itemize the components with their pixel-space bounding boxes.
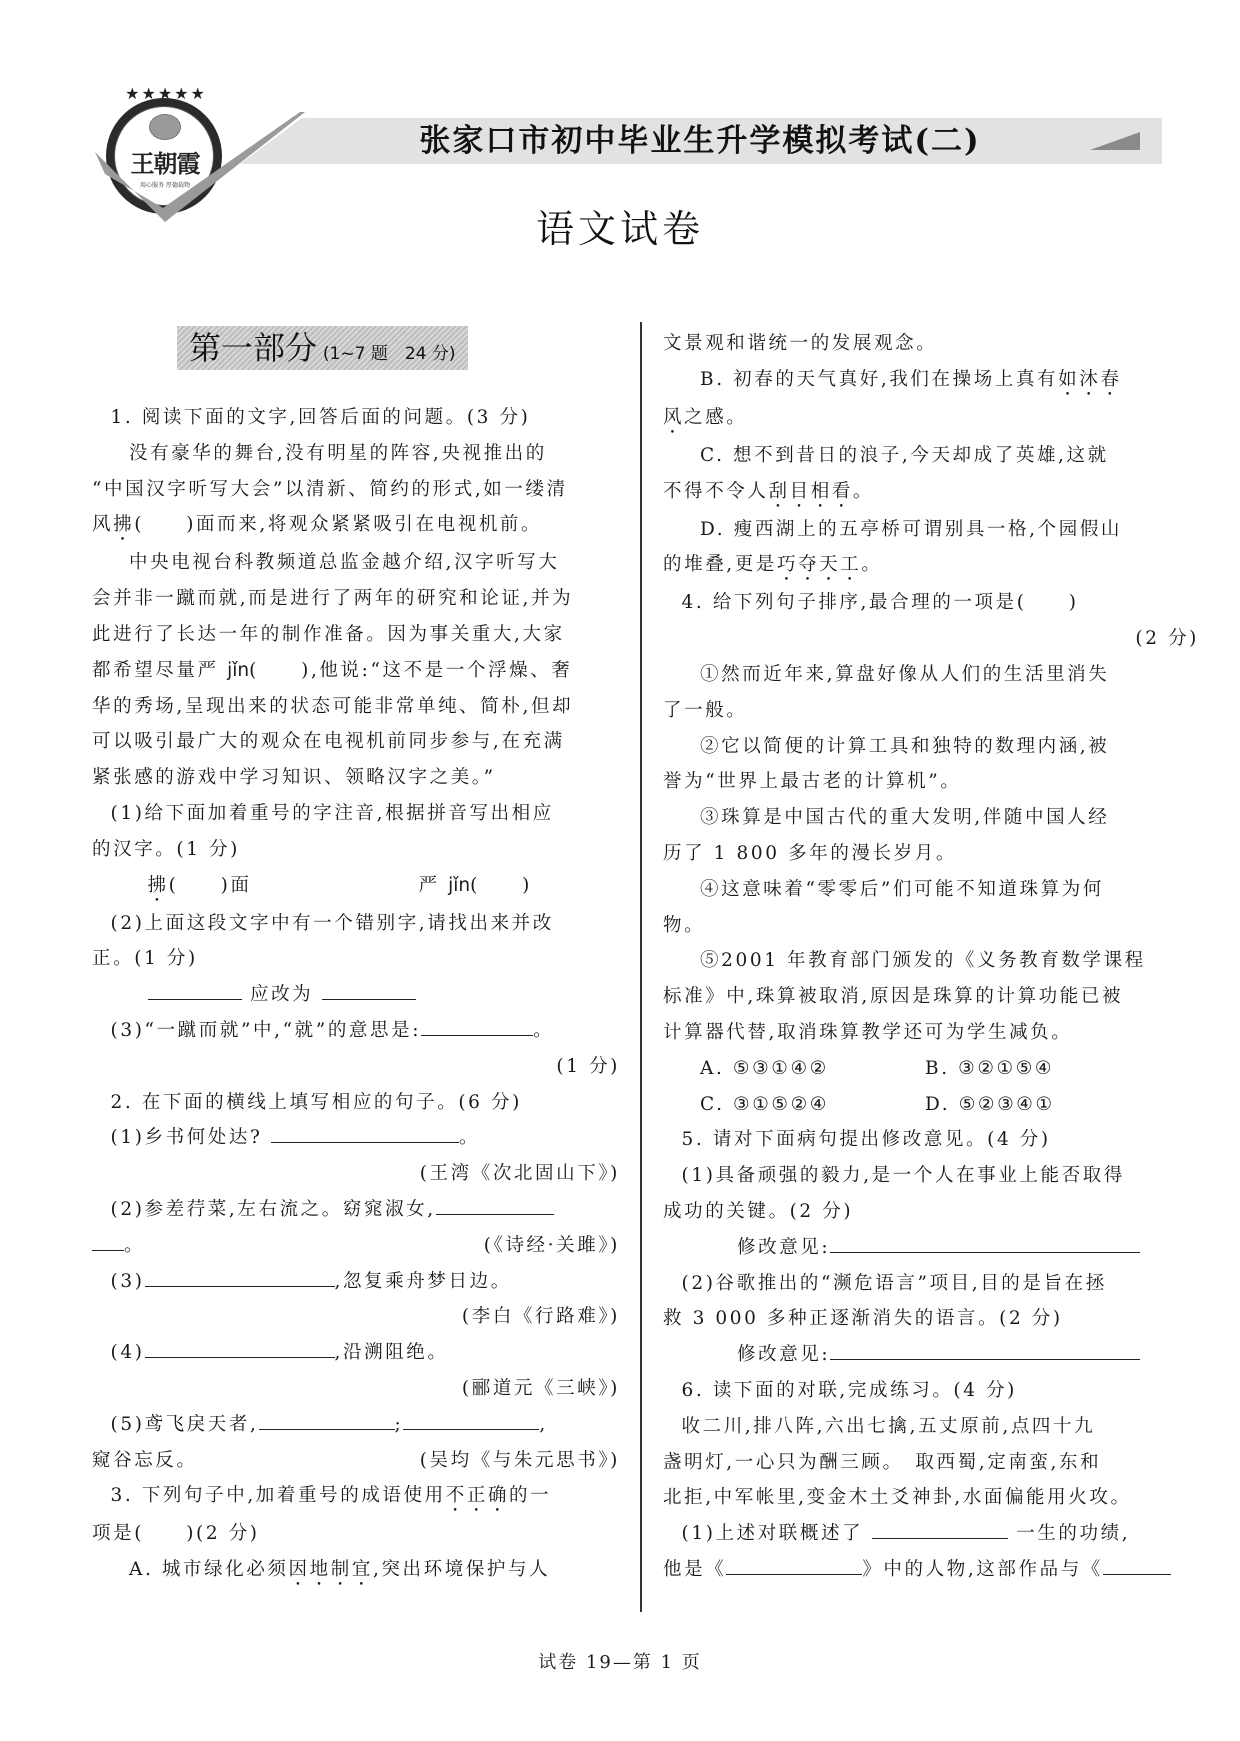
q5-sentence-2: (2)谷歌推出的“濒危语言”项目,目的是旨在拯 — [663, 1266, 1199, 1302]
text: (5)鸢飞戾天者, — [111, 1414, 259, 1435]
title-band-tail — [240, 118, 302, 164]
q3-option-a: A. 城市绿化必须因地制宜,突出环境保护与人 — [92, 1552, 620, 1590]
q5-sentence-2-cont: 救 3 000 多种正逐渐消失的语言。(2 分) — [663, 1301, 1199, 1337]
answer-blank-wrong-char[interactable] — [148, 977, 242, 1000]
q3-option-c-cont: 不得不令人刮目相看。 — [663, 474, 1199, 512]
answer-blank[interactable] — [92, 1228, 124, 1251]
score-label: (1 分) — [92, 1049, 620, 1085]
text: 的一 — [509, 1485, 551, 1506]
question-2: 2. 在下面的横线上填写相应的句子。(6 分) (1)乡书何处达? 。 (王湾《… — [92, 1085, 620, 1479]
question-1: 1. 阅读下面的文字,回答后面的问题。(3 分) 没有豪华的舞台,没有明星的阵容… — [92, 400, 620, 1085]
q4-sentence-2: ②它以简便的计算工具和独特的数理内涵,被 — [663, 729, 1199, 765]
q5-sentence-1-cont: 成功的关键。(2 分) — [663, 1194, 1199, 1230]
text: 修改意见: — [737, 1237, 830, 1258]
emphasized-idiom: 风 — [663, 407, 684, 428]
question-3-cont: 文景观和谐统一的发展观念。 B. 初春的天气真好,我们在操场上真有如沐春 风之感… — [663, 326, 1199, 585]
pinyin: jǐn — [448, 875, 470, 896]
q1-sub1-prompt: (1)给下面加着重号的字注音,根据拼音写出相应 — [92, 796, 620, 832]
q1-stem: 1. 阅读下面的文字,回答后面的问题。(3 分) — [92, 400, 620, 436]
text: 。 — [124, 1235, 145, 1256]
q4-sentence-5: ⑤2001 年教育部门颁发的《义务教育数学课程 — [663, 943, 1199, 979]
answer-blank[interactable] — [436, 1192, 554, 1215]
option-a[interactable]: A. ⑤③①④② — [700, 1051, 925, 1087]
q1-sub2-prompt: (2)上面这段文字中有一个错别字,请找出来并改 — [92, 906, 620, 942]
part-banner: 第一部分 (1~7 题 24 分) — [177, 326, 468, 370]
q2-item-cont: 。(《诗经·关雎》) — [92, 1228, 620, 1264]
q2-item: (5)鸢飞戾天者,;, — [92, 1407, 620, 1443]
question-4: 4. 给下列句子排序,最合理的一项是( ) (2 分) ①然而近年来,算盘好像从… — [663, 585, 1199, 1122]
text: 》中的人物,这部作品与《 — [862, 1559, 1103, 1580]
q4-sentence-2-cont: 誉为“世界上最古老的计算机”。 — [663, 764, 1199, 800]
q3-option-d-cont: 的堆叠,更是巧夺天工。 — [663, 547, 1199, 585]
q1-passage-line: 中央电视台科教频道总监金越介绍,汉字听写大 — [92, 545, 620, 581]
emphasized-idiom: 如沐春 — [1058, 369, 1121, 390]
source-citation: (李白《行路难》) — [92, 1299, 620, 1335]
q1-sub1-answer-row: 拂( )面 严 jǐn( ) — [92, 868, 620, 906]
q5-stem: 5. 请对下面病句提出修改意见。(4 分) — [663, 1122, 1199, 1158]
q4-options-row: C. ③①⑤②④D. ⑤②③④① — [663, 1087, 1199, 1123]
source-citation: (《诗经·关雎》) — [484, 1228, 620, 1264]
q1-passage-line: 没有豪华的舞台,没有明星的阵容,央视推出的 — [92, 436, 620, 472]
text: ,沿溯阻绝。 — [335, 1342, 449, 1363]
answer-blank[interactable] — [145, 1264, 335, 1287]
text: 。 — [861, 554, 882, 575]
q4-sentence-5-cont: 计算器代替,取消珠算教学还可为学生减负。 — [663, 1015, 1199, 1051]
q6-stem: 6. 读下面的对联,完成练习。(4 分) — [663, 1373, 1199, 1409]
couplet-line: 北拒,中军帐里,变金木土爻神卦,水面偏能用火攻。 — [663, 1480, 1199, 1516]
text: (2)参差荇菜,左右流之。窈窕淑女, — [111, 1199, 436, 1220]
emphasized-char: 拂 — [113, 514, 134, 535]
question-5: 5. 请对下面病句提出修改意见。(4 分) (1)具备顽强的毅力,是一个人在事业… — [663, 1122, 1199, 1373]
text: (1)乡书何处达? — [111, 1127, 263, 1148]
left-column: 第一部分 (1~7 题 24 分) 1. 阅读下面的文字,回答后面的问题。(3 … — [92, 326, 620, 1590]
q5-revise-row-2: 修改意见: — [663, 1337, 1199, 1373]
score-label: (2 分) — [663, 621, 1199, 657]
q1-passage-line: 紧张感的游戏中学习知识、领略汉字之美。” — [92, 760, 620, 796]
text: 一生的功绩, — [1016, 1523, 1130, 1544]
q1-sub2-answer-row: 应改为 — [92, 977, 620, 1013]
q3-stem: 3. 下列句子中,加着重号的成语使用不正确的一 — [92, 1478, 620, 1516]
answer-blank[interactable] — [403, 1407, 539, 1430]
text: 。 — [459, 1127, 480, 1148]
text: 修改意见: — [737, 1344, 830, 1365]
q2-item: (2)参差荇菜,左右流之。窈窕淑女, — [92, 1192, 620, 1228]
couplet-line: 盏明灯,一心只为酬三顾。 取西蜀,定南蛮,东和 — [663, 1445, 1199, 1481]
text: 窥谷忘反。 — [92, 1450, 198, 1471]
couplet-line: 收二川,排八阵,六出七擒,五丈原前,点四十九 — [663, 1409, 1199, 1445]
exam-title: 张家口市初中毕业生升学模拟考试(二) — [300, 118, 1100, 164]
answer-blank[interactable] — [1103, 1552, 1171, 1575]
q4-options-row: A. ⑤③①④②B. ③②①⑤④ — [663, 1051, 1199, 1087]
text: (4) — [111, 1342, 145, 1363]
q4-sentence-5-cont: 标准》中,珠算被取消,原因是珠算的计算功能已被 — [663, 979, 1199, 1015]
q3-option-b: B. 初春的天气真好,我们在操场上真有如沐春 — [663, 362, 1199, 400]
q2-item: (1)乡书何处达? 。 — [92, 1120, 620, 1156]
q6-sub1-cont: 他是《》中的人物,这部作品与《 — [663, 1552, 1199, 1588]
text: 。 — [853, 481, 874, 502]
q1-passage-line: “中国汉字听写大会”以清新、简约的形式,如一缕清 — [92, 472, 620, 508]
q3-option-d: D. 瘦西湖上的五亭桥可谓别具一格,个园假山 — [663, 512, 1199, 548]
q2-item: (4),沿溯阻绝。 — [92, 1335, 620, 1371]
q4-sentence-3-cont: 历了 1 800 多年的漫长岁月。 — [663, 836, 1199, 872]
q4-stem: 4. 给下列句子排序,最合理的一项是( ) — [663, 585, 1199, 621]
text: , — [539, 1414, 547, 1435]
text: 风 — [92, 514, 113, 535]
text: 严 — [419, 875, 449, 896]
q4-sentence-4: ④这意味着“零零后”们可能不知道珠算为何 — [663, 872, 1199, 908]
q4-sentence-1-cont: 了一般。 — [663, 693, 1199, 729]
answer-slot-2[interactable]: ( ) — [470, 875, 532, 896]
q1-sub3-prompt: (3)“一蹴而就”中,“就”的意思是:。 — [92, 1013, 620, 1049]
option-b[interactable]: B. ③②①⑤④ — [925, 1058, 1054, 1079]
q4-sentence-3: ③珠算是中国古代的重大发明,伴随中国人经 — [663, 800, 1199, 836]
revise-answer-blank[interactable] — [830, 1337, 1140, 1360]
q3-option-b-cont: 风之感。 — [663, 400, 1199, 438]
text: 之感。 — [684, 407, 747, 428]
emphasized-idiom: 因地制宜 — [289, 1559, 373, 1580]
q3-stem-cont: 项是( )(2 分) — [92, 1516, 620, 1552]
q1-passage-line: 可以吸引最广大的观众在电视机前同步参与,在充满 — [92, 724, 620, 760]
question-3: 3. 下列句子中,加着重号的成语使用不正确的一 项是( )(2 分) A. 城市… — [92, 1478, 620, 1590]
text: (3)“一蹴而就”中,“就”的意思是: — [111, 1020, 422, 1041]
text: (1)上述对联概述了 — [682, 1523, 864, 1544]
option-d[interactable]: D. ⑤②③④① — [925, 1094, 1055, 1115]
pinyin: jǐn — [227, 660, 249, 681]
answer-blank-correct-char[interactable] — [322, 977, 416, 1000]
answer-blank[interactable] — [872, 1516, 1008, 1539]
emphasized-char: 拂 — [148, 875, 169, 896]
text: (3) — [111, 1271, 145, 1292]
emphasized-idiom: 刮目相看 — [769, 481, 853, 502]
answer-blank[interactable] — [271, 1120, 459, 1143]
q5-revise-row-1: 修改意见: — [663, 1230, 1199, 1266]
text: ,突出环境保护与人 — [373, 1559, 550, 1580]
text: 他是《 — [663, 1559, 726, 1580]
q3-option-c: C. 想不到昔日的浪子,今天却成了英雄,这就 — [663, 438, 1199, 474]
q6-sub1: (1)上述对联概述了 一生的功绩, — [663, 1516, 1199, 1552]
question-6: 6. 读下面的对联,完成练习。(4 分) 收二川,排八阵,六出七擒,五丈原前,点… — [663, 1373, 1199, 1588]
q5-sentence-1: (1)具备顽强的毅力,是一个人在事业上能否取得 — [663, 1158, 1199, 1194]
text: ; — [395, 1414, 404, 1435]
column-divider — [640, 322, 642, 1612]
q4-sentence-4-cont: 物。 — [663, 908, 1199, 944]
text: B. 初春的天气真好,我们在操场上真有 — [700, 369, 1058, 390]
q1-passage-line: 都希望尽量严 jǐn( ),他说:“这不是一个浮燥、奢 — [92, 653, 620, 689]
q1-sub2-prompt: 正。(1 分) — [92, 941, 620, 977]
q1-passage-line: 此进行了长达一年的制作准备。因为事关重大,大家 — [92, 617, 620, 653]
text: A. 城市绿化必须 — [129, 1559, 289, 1580]
source-citation: (吴均《与朱元思书》) — [420, 1443, 620, 1479]
text: 都希望尽量严 — [92, 660, 227, 681]
q2-stem: 2. 在下面的横线上填写相应的句子。(6 分) — [92, 1085, 620, 1121]
q2-item-cont: 窥谷忘反。(吴均《与朱元思书》) — [92, 1443, 620, 1479]
text: ( ),他说:“这不是一个浮燥、奢 — [249, 660, 572, 681]
text: ,忽复乘舟梦日边。 — [335, 1271, 512, 1292]
emphasized-text: 不正确 — [446, 1485, 509, 1506]
right-column: 文景观和谐统一的发展观念。 B. 初春的天气真好,我们在操场上真有如沐春 风之感… — [663, 326, 1199, 1588]
q1-passage-line: 会并非一蹴而就,而是进行了两年的研究和论证,并为 — [92, 581, 620, 617]
text: ( )面而来,将观众紧紧吸引在电视机前。 — [134, 514, 542, 535]
source-citation: (王湾《次北固山下》) — [92, 1156, 620, 1192]
answer-blank[interactable] — [421, 1013, 533, 1036]
text: 的堆叠,更是 — [663, 554, 777, 575]
text: 3. 下列句子中,加着重号的成语使用 — [111, 1485, 446, 1506]
page-footer: 试卷 19—第 1 页 — [0, 1648, 1240, 1674]
source-citation: (郦道元《三峡》) — [92, 1371, 620, 1407]
revise-answer-blank[interactable] — [830, 1230, 1140, 1253]
q2-item: (3),忽复乘舟梦日边。 — [92, 1264, 620, 1300]
text: 不得不令人 — [663, 481, 769, 502]
q3-option-a-cont: 文景观和谐统一的发展观念。 — [663, 326, 1199, 362]
q1-passage-line: 风拂( )面而来,将观众紧紧吸引在电视机前。 — [92, 507, 620, 545]
answer-blank[interactable] — [726, 1552, 862, 1575]
answer-slot-1[interactable]: ( )面 — [169, 875, 252, 896]
subject-title: 语文试卷 — [0, 198, 1240, 253]
part-title: 第一部分 — [189, 329, 317, 367]
text: 。 — [533, 1020, 554, 1041]
emphasized-idiom: 巧夺天工 — [777, 554, 861, 575]
part-meta: (1~7 题 24 分) — [323, 344, 456, 364]
q1-passage-line: 华的秀场,呈现出来的状态可能非常单纯、简朴,但却 — [92, 689, 620, 725]
text: 应改为 — [250, 984, 313, 1005]
q1-sub1-prompt: 的汉字。(1 分) — [92, 832, 620, 868]
option-c[interactable]: C. ③①⑤②④ — [700, 1087, 925, 1123]
answer-blank[interactable] — [259, 1407, 395, 1430]
answer-blank[interactable] — [145, 1335, 335, 1358]
q4-sentence-1: ①然而近年来,算盘好像从人们的生活里消失 — [663, 657, 1199, 693]
